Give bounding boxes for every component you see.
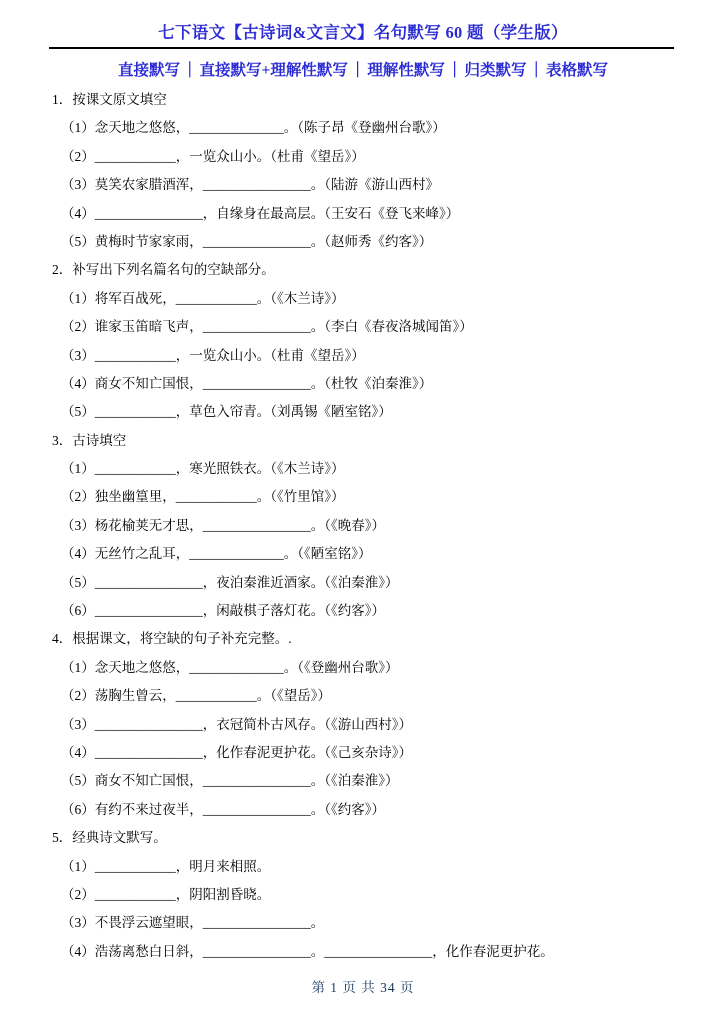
category-nav: 直接默写｜直接默写+理解性默写｜理解性默写｜归类默写｜表格默写 [0, 58, 726, 80]
section-3-question-4: （4）无丝竹之乱耳，______________。（《陋室铭》） [61, 540, 696, 568]
section-2-question-5: （5）____________，草色入帘青。（刘禹锡《陋室铭》） [61, 398, 696, 426]
section-4-question-3: （3）________________，衣冠简朴古风存。（《游山西村》） [61, 711, 696, 739]
section-4-question-4: （4）________________，化作春泥更护花。（《己亥杂诗》） [61, 739, 696, 767]
section-1-question-4: （4）________________，自缘身在最高层。（王安石《登飞来峰》） [61, 200, 696, 228]
section-1-question-3: （3）莫笑农家腊酒浑，________________。（陆游《游山西村》 [61, 171, 696, 199]
section-4-question-5: （5）商女不知亡国恨，________________。（《泊秦淮》） [61, 767, 696, 795]
nav-item-direct-plus-comprehension[interactable]: 直接默写+理解性默写 [200, 62, 348, 79]
nav-item-direct-dictation[interactable]: 直接默写 [118, 62, 180, 79]
section-3-question-3: （3）杨花榆荚无才思，________________。（《晚春》） [61, 512, 696, 540]
section-4-question-2: （2）荡胸生曾云，____________。（《望岳》） [61, 682, 696, 710]
question-body: 1．按课文原文填空 （1）念天地之悠悠，______________。（陈子昂《… [0, 80, 726, 966]
nav-separator: ｜ [348, 62, 368, 79]
document-page: 七下语文【古诗词&文言文】名句默写 60 题（学生版） 直接默写｜直接默写+理解… [0, 0, 726, 1024]
page-number: 第 1 页 共 34 页 [0, 976, 726, 996]
section-1-question-1: （1）念天地之悠悠，______________。（陈子昂《登幽州台歌》） [61, 114, 696, 142]
page-title: 七下语文【古诗词&文言文】名句默写 60 题（学生版） [0, 0, 726, 43]
section-5-heading: 5．经典诗文默写。 [52, 824, 696, 852]
section-1-question-5: （5）黄梅时节家家雨，________________。（赵师秀《约客》） [61, 228, 696, 256]
nav-item-categorized-dictation[interactable]: 归类默写 [464, 62, 526, 79]
section-2-question-3: （3）____________，一览众山小。（杜甫《望岳》） [61, 342, 696, 370]
section-1-question-2: （2）____________，一览众山小。（杜甫《望岳》） [61, 143, 696, 171]
section-1-heading: 1．按课文原文填空 [52, 86, 696, 114]
nav-item-table-dictation[interactable]: 表格默写 [546, 62, 608, 79]
nav-separator: ｜ [180, 62, 200, 79]
title-divider [49, 47, 674, 49]
section-5-question-1: （1）____________，明月来相照。 [61, 853, 696, 881]
section-5-question-2: （2）____________，阴阳割昏晓。 [61, 881, 696, 909]
section-4-question-6: （6）有约不来过夜半，________________。（《约客》） [61, 796, 696, 824]
nav-item-comprehension-dictation[interactable]: 理解性默写 [367, 62, 445, 79]
section-2-question-1: （1）将军百战死，____________。（《木兰诗》） [61, 285, 696, 313]
section-5-question-4: （4）浩荡离愁白日斜，________________。____________… [61, 938, 696, 966]
section-3-question-1: （1）____________，寒光照铁衣。（《木兰诗》） [61, 455, 696, 483]
section-4-question-1: （1）念天地之悠悠，______________。（《登幽州台歌》） [61, 654, 696, 682]
section-3-heading: 3．古诗填空 [52, 427, 696, 455]
nav-separator: ｜ [526, 62, 546, 79]
section-3-question-5: （5）________________，夜泊秦淮近酒家。（《泊秦淮》） [61, 569, 696, 597]
section-3-question-2: （2）独坐幽篁里，____________。（《竹里馆》） [61, 483, 696, 511]
section-3-question-6: （6）________________，闲敲棋子落灯花。（《约客》） [61, 597, 696, 625]
section-5-question-3: （3）不畏浮云遮望眼，________________。 [61, 909, 696, 937]
section-4: 4．根据课文，将空缺的句子补充完整。. （1）念天地之悠悠，__________… [52, 625, 696, 824]
section-2-heading: 2．补写出下列名篇名句的空缺部分。 [52, 256, 696, 284]
nav-separator: ｜ [445, 62, 465, 79]
section-2-question-4: （4）商女不知亡国恨，________________。（杜牧《泊秦淮》） [61, 370, 696, 398]
section-2: 2．补写出下列名篇名句的空缺部分。 （1）将军百战死，____________。… [52, 256, 696, 426]
section-1: 1．按课文原文填空 （1）念天地之悠悠，______________。（陈子昂《… [52, 86, 696, 256]
section-5: 5．经典诗文默写。 （1）____________，明月来相照。 （2）____… [52, 824, 696, 966]
section-3: 3．古诗填空 （1）____________，寒光照铁衣。（《木兰诗》） （2）… [52, 427, 696, 626]
section-4-heading: 4．根据课文，将空缺的句子补充完整。. [52, 625, 696, 653]
section-2-question-2: （2）谁家玉笛暗飞声，________________。（李白《春夜洛城闻笛》） [61, 313, 696, 341]
